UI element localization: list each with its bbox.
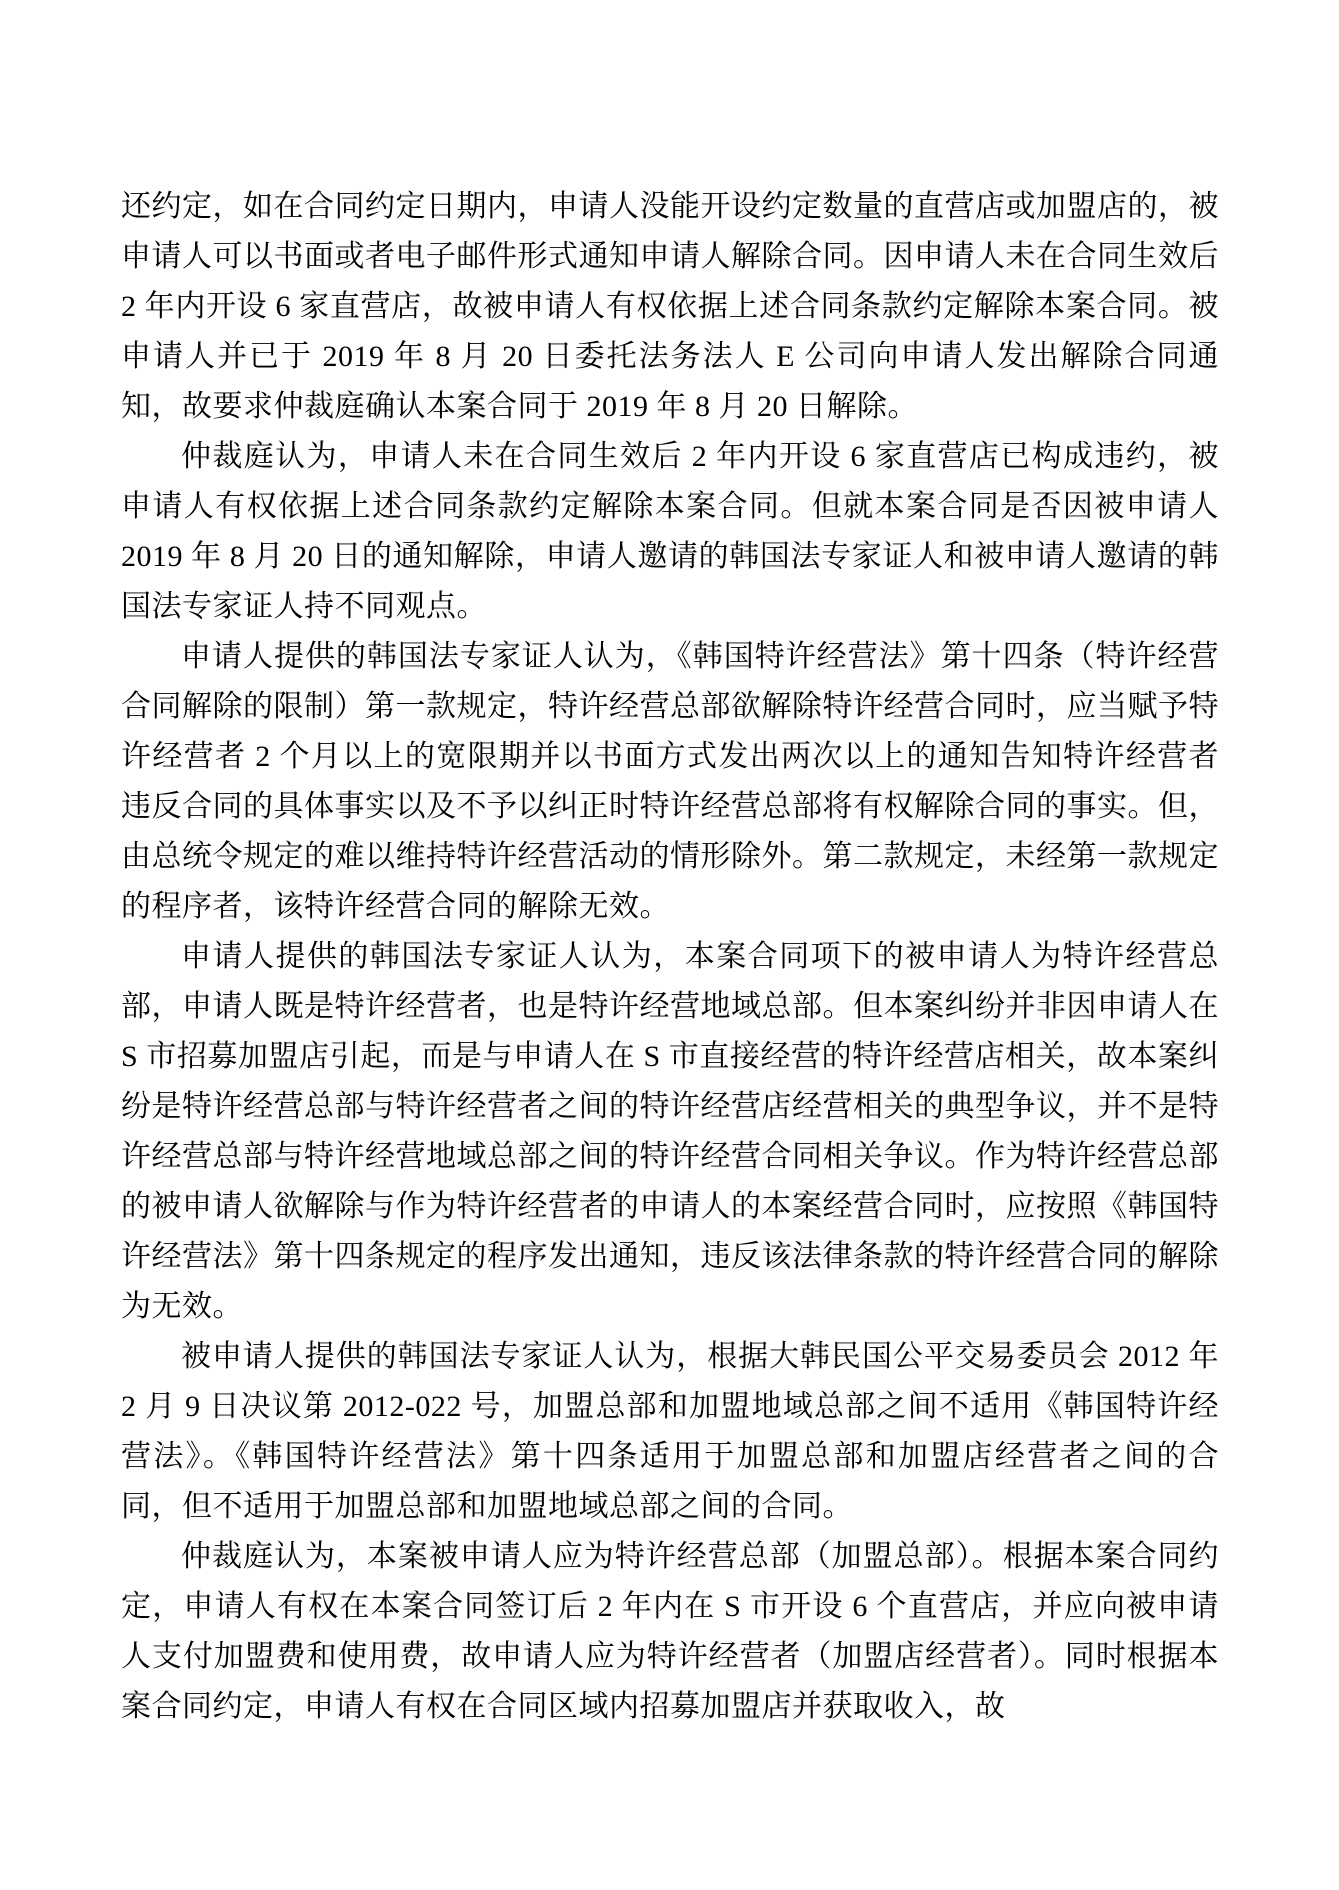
paragraph-respondent-expert-opinion: 被申请人提供的韩国法专家证人认为，根据大韩民国公平交易委员会 2012 年 2 … <box>121 1332 1219 1532</box>
text-block: 还约定，如在合同约定日期内，申请人没能开设约定数量的直营店或加盟店的，被申请人可… <box>121 182 1219 1732</box>
paragraph-tribunal-franchise-analysis: 仲裁庭认为，本案被申请人应为特许经营总部（加盟总部）。根据本案合同约定，申请人有… <box>121 1532 1219 1732</box>
paragraph-tribunal-breach-finding: 仲裁庭认为，申请人未在合同生效后 2 年内开设 6 家直营店已构成违约，被申请人… <box>121 432 1219 632</box>
paragraph-contract-termination-clause: 还约定，如在合同约定日期内，申请人没能开设约定数量的直营店或加盟店的，被申请人可… <box>121 182 1219 432</box>
paragraph-claimant-expert-article14: 申请人提供的韩国法专家证人认为，《韩国特许经营法》第十四条（特许经营合同解除的限… <box>121 632 1219 932</box>
paragraph-claimant-expert-dispute-nature: 申请人提供的韩国法专家证人认为，本案合同项下的被申请人为特许经营总部，申请人既是… <box>121 932 1219 1332</box>
document-page: 还约定，如在合同约定日期内，申请人没能开设约定数量的直营店或加盟店的，被申请人可… <box>0 0 1339 1890</box>
